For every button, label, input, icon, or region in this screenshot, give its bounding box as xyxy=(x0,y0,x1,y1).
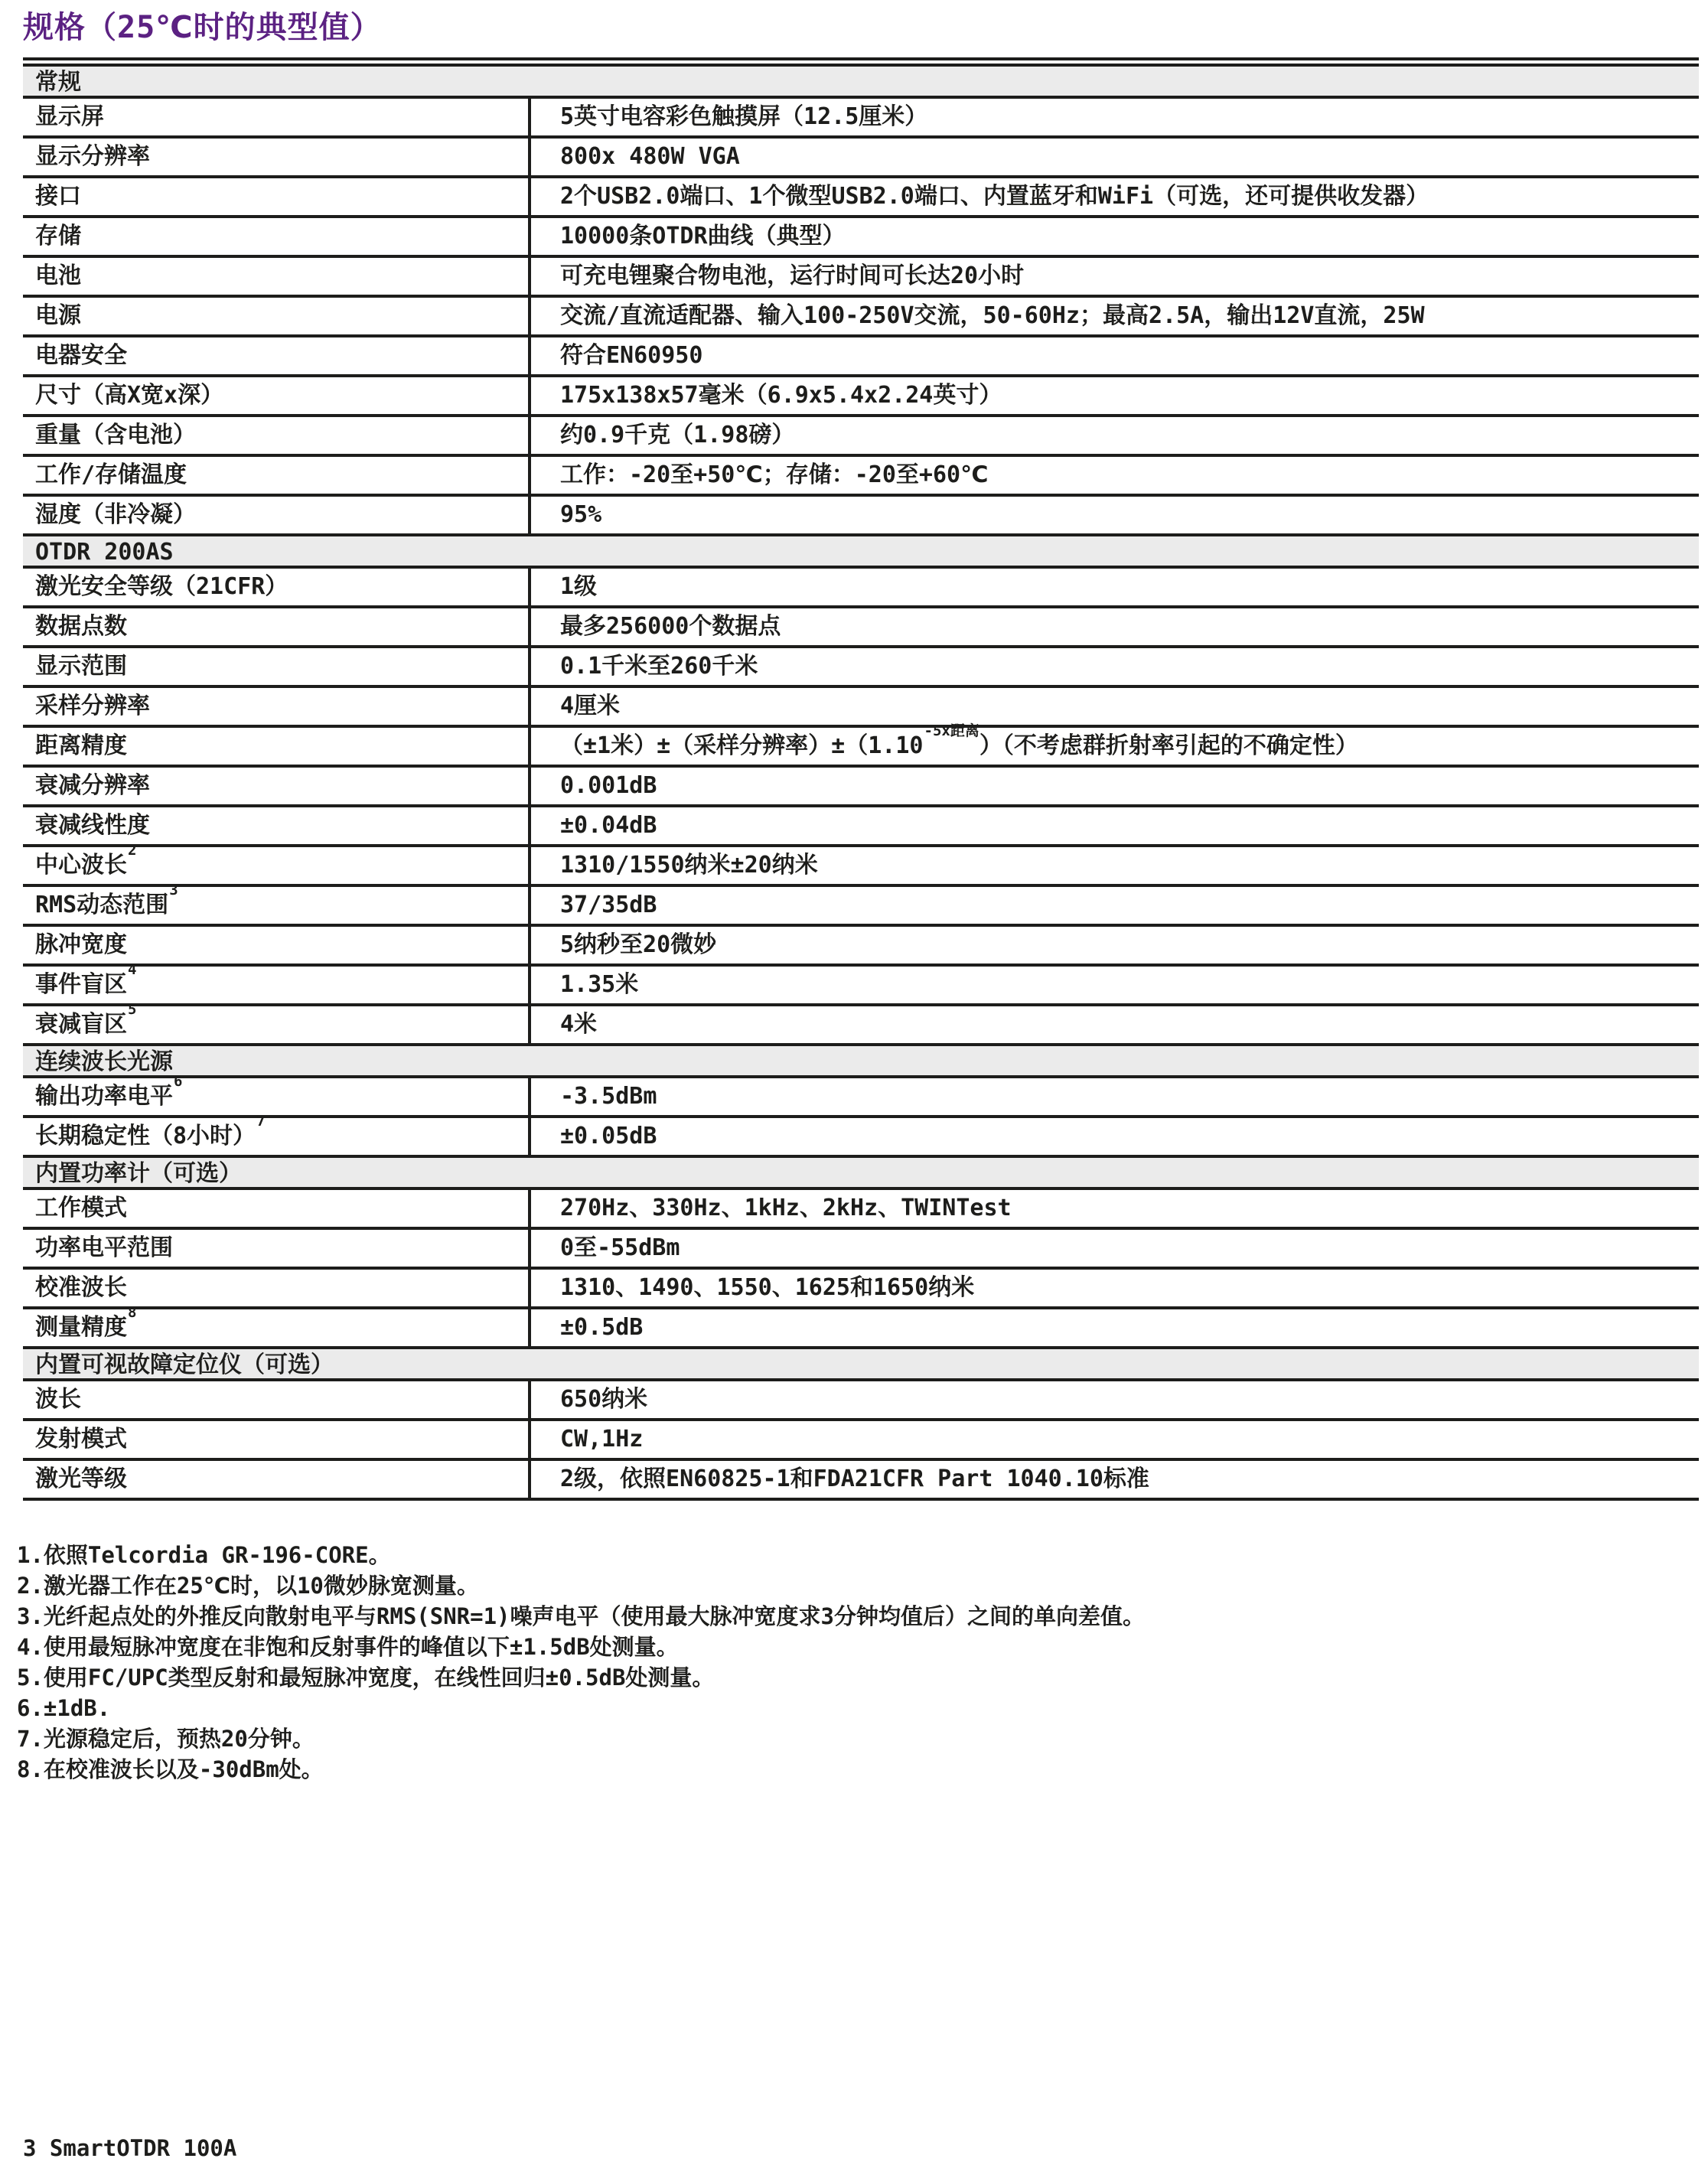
table-row: 电源交流/直流适配器、输入100-250V交流，50-60Hz；最高2.5A，输… xyxy=(23,298,1699,337)
table-row: 测量精度8±0.5dB xyxy=(23,1309,1699,1349)
table-row: 事件盲区41.35米 xyxy=(23,967,1699,1006)
table-row: 显示屏5英寸电容彩色触摸屏（12.5厘米） xyxy=(23,99,1699,139)
table-row: 校准波长1310、1490、1550、1625和1650纳米 xyxy=(23,1270,1699,1309)
section-header: 常规 xyxy=(23,67,1699,99)
spec-label: 功率电平范围 xyxy=(23,1230,531,1267)
footnote-ref: 2 xyxy=(128,842,136,859)
spec-value: 10000条OTDR曲线（典型） xyxy=(531,218,1699,255)
spec-value: 650纳米 xyxy=(531,1381,1699,1418)
spec-value: 约0.9千克（1.98磅） xyxy=(531,417,1699,454)
footnote: 6.±1dB. xyxy=(17,1693,1145,1723)
spec-value: 1310/1550纳米±20纳米 xyxy=(531,847,1699,884)
spec-label: 波长 xyxy=(23,1381,531,1418)
spec-value: 1.35米 xyxy=(531,967,1699,1003)
section-header: 内置可视故障定位仪（可选） xyxy=(23,1349,1699,1381)
spec-label: 衰减分辨率 xyxy=(23,768,531,804)
table-row: 采样分辨率4厘米 xyxy=(23,688,1699,728)
spec-value: 0.001dB xyxy=(531,768,1699,804)
spec-value: 2个USB2.0端口、1个微型USB2.0端口、内置蓝牙和WiFi（可选，还可提… xyxy=(531,178,1699,215)
table-row: 衰减分辨率0.001dB xyxy=(23,768,1699,807)
table-row: 显示分辨率800x 480W VGA xyxy=(23,139,1699,178)
spec-label: 工作/存储温度 xyxy=(23,457,531,494)
spec-label: 显示分辨率 xyxy=(23,139,531,175)
spec-value: 2级，依照EN60825-1和FDA21CFR Part 1040.10标准 xyxy=(531,1461,1699,1498)
table-row: 激光等级2级，依照EN60825-1和FDA21CFR Part 1040.10… xyxy=(23,1461,1699,1501)
section-header: OTDR 200AS xyxy=(23,536,1699,569)
spec-label: RMS动态范围3 xyxy=(23,887,531,924)
spec-label: 脉冲宽度 xyxy=(23,927,531,963)
spec-value: 800x 480W VGA xyxy=(531,139,1699,175)
spec-label: 重量（含电池） xyxy=(23,417,531,454)
spec-value: 37/35dB xyxy=(531,887,1699,924)
table-row: 输出功率电平6-3.5dBm xyxy=(23,1078,1699,1118)
spec-value: 95% xyxy=(531,497,1699,533)
spec-value: 工作：-20至+50℃；存储：-20至+60℃ xyxy=(531,457,1699,494)
table-row: 电池可充电锂聚合物电池，运行时间可长达20小时 xyxy=(23,258,1699,298)
table-row: 工作/存储温度工作：-20至+50℃；存储：-20至+60℃ xyxy=(23,457,1699,497)
spec-label: 接口 xyxy=(23,178,531,215)
spec-label: 湿度（非冷凝） xyxy=(23,497,531,533)
table-row: 功率电平范围0至-55dBm xyxy=(23,1230,1699,1270)
footnote: 1.依照Telcordia GR-196-CORE。 xyxy=(17,1540,1145,1570)
table-row: 数据点数最多256000个数据点 xyxy=(23,608,1699,648)
spec-value: 1310、1490、1550、1625和1650纳米 xyxy=(531,1270,1699,1306)
spec-label: 衰减盲区5 xyxy=(23,1006,531,1043)
table-row: 波长650纳米 xyxy=(23,1381,1699,1421)
table-row: 衰减线性度±0.04dB xyxy=(23,807,1699,847)
table-row: 发射模式CW,1Hz xyxy=(23,1421,1699,1461)
page-footer: 3 SmartOTDR 100A xyxy=(23,2135,236,2161)
spec-value: 0.1千米至260千米 xyxy=(531,648,1699,685)
table-row: 接口2个USB2.0端口、1个微型USB2.0端口、内置蓝牙和WiFi（可选，还… xyxy=(23,178,1699,218)
spec-label: 电源 xyxy=(23,298,531,334)
spec-value: CW,1Hz xyxy=(531,1421,1699,1458)
table-row: 尺寸（高X宽x深）175x138x57毫米（6.9x5.4x2.24英寸） xyxy=(23,377,1699,417)
footnotes: 1.依照Telcordia GR-196-CORE。2.激光器工作在25℃时，以… xyxy=(17,1540,1145,1785)
footnote: 3.光纤起点处的外推反向散射电平与RMS(SNR=1)噪声电平（使用最大脉冲宽度… xyxy=(17,1601,1145,1632)
spec-label: 校准波长 xyxy=(23,1270,531,1306)
spec-label: 发射模式 xyxy=(23,1421,531,1458)
spec-label: 激光安全等级（21CFR） xyxy=(23,569,531,605)
table-row: 工作模式270Hz、330Hz、1kHz、2kHz、TWINTest xyxy=(23,1190,1699,1230)
spec-label: 显示屏 xyxy=(23,99,531,135)
spec-value: 可充电锂聚合物电池，运行时间可长达20小时 xyxy=(531,258,1699,295)
spec-value: 最多256000个数据点 xyxy=(531,608,1699,645)
spec-label: 激光等级 xyxy=(23,1461,531,1498)
footnote-ref: 6 xyxy=(174,1073,182,1090)
table-row: 长期稳定性（8小时）7±0.05dB xyxy=(23,1118,1699,1158)
spec-label: 中心波长2 xyxy=(23,847,531,884)
table-row: 存储10000条OTDR曲线（典型） xyxy=(23,218,1699,258)
spec-label: 尺寸（高X宽x深） xyxy=(23,377,531,414)
spec-label: 存储 xyxy=(23,218,531,255)
spec-value: 175x138x57毫米（6.9x5.4x2.24英寸） xyxy=(531,377,1699,414)
table-row: 中心波长21310/1550纳米±20纳米 xyxy=(23,847,1699,887)
footnote-ref: 7 xyxy=(256,1113,265,1130)
table-row: 电器安全符合EN60950 xyxy=(23,337,1699,377)
footnote-ref: 8 xyxy=(128,1304,136,1321)
footnote-ref: 4 xyxy=(128,961,136,978)
spec-label: 显示范围 xyxy=(23,648,531,685)
spec-table: 常规显示屏5英寸电容彩色触摸屏（12.5厘米）显示分辨率800x 480W VG… xyxy=(23,57,1699,1501)
table-row: RMS动态范围337/35dB xyxy=(23,887,1699,927)
table-top-rule xyxy=(23,57,1699,67)
footnote: 8.在校准波长以及-30dBm处。 xyxy=(17,1754,1145,1785)
table-row: 激光安全等级（21CFR）1级 xyxy=(23,569,1699,608)
spec-value: 4厘米 xyxy=(531,688,1699,725)
footnote: 4.使用最短脉冲宽度在非饱和反射事件的峰值以下±1.5dB处测量。 xyxy=(17,1632,1145,1662)
spec-label: 测量精度8 xyxy=(23,1309,531,1346)
spec-label: 输出功率电平6 xyxy=(23,1078,531,1115)
spec-label: 电池 xyxy=(23,258,531,295)
spec-value: （±1米）±（采样分辨率）±（1.10-5x距离）（不考虑群折射率引起的不确定性… xyxy=(531,728,1699,765)
spec-value: 5纳秒至20微妙 xyxy=(531,927,1699,963)
spec-label: 采样分辨率 xyxy=(23,688,531,725)
table-row: 脉冲宽度5纳秒至20微妙 xyxy=(23,927,1699,967)
spec-label: 工作模式 xyxy=(23,1190,531,1227)
spec-value: 1级 xyxy=(531,569,1699,605)
spec-value: -3.5dBm xyxy=(531,1078,1699,1115)
spec-value: 4米 xyxy=(531,1006,1699,1043)
spec-label: 事件盲区4 xyxy=(23,967,531,1003)
section-header: 连续波长光源 xyxy=(23,1046,1699,1078)
table-row: 重量（含电池）约0.9千克（1.98磅） xyxy=(23,417,1699,457)
footnote-ref: 5 xyxy=(128,1001,136,1018)
section-header: 内置功率计（可选） xyxy=(23,1158,1699,1190)
spec-value: 交流/直流适配器、输入100-250V交流，50-60Hz；最高2.5A，输出1… xyxy=(531,298,1699,334)
table-row: 衰减盲区54米 xyxy=(23,1006,1699,1046)
table-row: 显示范围0.1千米至260千米 xyxy=(23,648,1699,688)
spec-label: 数据点数 xyxy=(23,608,531,645)
exponent: -5x距离 xyxy=(924,722,979,739)
spec-value: 270Hz、330Hz、1kHz、2kHz、TWINTest xyxy=(531,1190,1699,1227)
spec-label: 长期稳定性（8小时）7 xyxy=(23,1118,531,1155)
spec-value: 5英寸电容彩色触摸屏（12.5厘米） xyxy=(531,99,1699,135)
spec-label: 距离精度 xyxy=(23,728,531,765)
table-row: 距离精度（±1米）±（采样分辨率）±（1.10-5x距离）（不考虑群折射率引起的… xyxy=(23,728,1699,768)
table-row: 湿度（非冷凝）95% xyxy=(23,497,1699,536)
footnote: 2.激光器工作在25℃时，以10微妙脉宽测量。 xyxy=(17,1570,1145,1601)
spec-value: 符合EN60950 xyxy=(531,337,1699,374)
page-title: 规格（25℃时的典型值） xyxy=(23,3,382,47)
spec-value: ±0.05dB xyxy=(531,1118,1699,1155)
spec-value: ±0.5dB xyxy=(531,1309,1699,1346)
footnote: 7.光源稳定后，预热20分钟。 xyxy=(17,1723,1145,1754)
spec-value: ±0.04dB xyxy=(531,807,1699,844)
footnote: 5.使用FC/UPC类型反射和最短脉冲宽度，在线性回归±0.5dB处测量。 xyxy=(17,1662,1145,1693)
footnote-ref: 3 xyxy=(169,882,178,898)
spec-label: 电器安全 xyxy=(23,337,531,374)
spec-label: 衰减线性度 xyxy=(23,807,531,844)
spec-value: 0至-55dBm xyxy=(531,1230,1699,1267)
